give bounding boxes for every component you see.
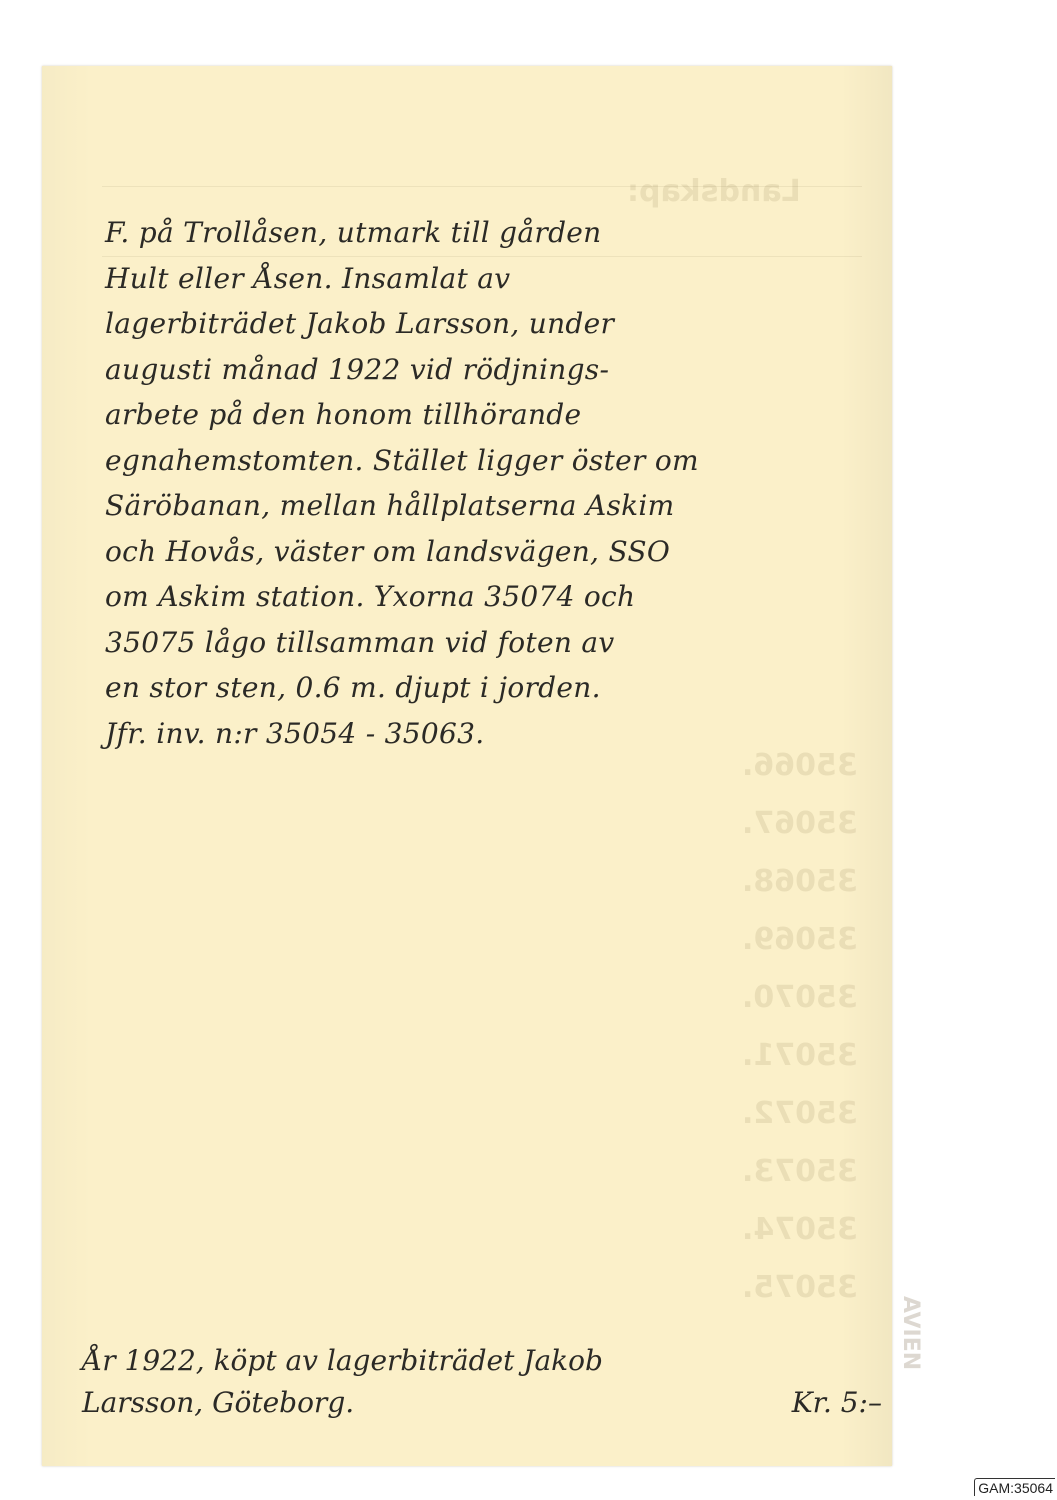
- text-line: 35075 lågo tillsamman vid foten av: [105, 620, 895, 666]
- show-through-side-text: AVIEN: [898, 1296, 923, 1370]
- text-line: arbete på den honom tillhörande: [105, 392, 895, 438]
- show-through-number: 35071.: [742, 1038, 858, 1073]
- show-through-number: 35072.: [742, 1096, 858, 1131]
- text-line: Säröbanan, mellan hållplatserna Askim: [105, 483, 895, 529]
- show-through-number: 35073.: [742, 1154, 858, 1189]
- text-line: augusti månad 1922 vid rödjnings-: [105, 347, 895, 393]
- price: Kr. 5:–: [792, 1382, 882, 1424]
- text-line: om Askim station. Yxorna 35074 och: [105, 574, 895, 620]
- text-line: Hult eller Åsen. Insamlat av: [105, 256, 895, 302]
- text-line: egnahemstomten. Stället ligger öster om: [105, 438, 895, 484]
- show-through-rule: [102, 186, 862, 187]
- inventory-id-label: GAM:35064: [974, 1478, 1055, 1496]
- text-line: och Hovås, väster om landsvägen, SSO: [105, 529, 895, 575]
- handwritten-description: F. på Trollåsen, utmark till gården Hult…: [105, 210, 895, 756]
- text-line: F. på Trollåsen, utmark till gården: [105, 210, 895, 256]
- show-through-number: 35067.: [742, 806, 858, 841]
- text-line: en stor sten, 0.6 m. djupt i jorden.: [105, 665, 895, 711]
- show-through-number: 35074.: [742, 1212, 858, 1247]
- text-line: Larsson, Göteborg.: [82, 1382, 882, 1424]
- show-through-number: 35075.: [742, 1270, 858, 1305]
- text-line: Jfr. inv. n:r 35054 - 35063.: [105, 711, 895, 757]
- show-through-number: 35069.: [742, 922, 858, 957]
- text-line: lagerbiträdet Jakob Larsson, under: [105, 301, 895, 347]
- text-line: År 1922, köpt av lagerbiträdet Jakob: [82, 1340, 882, 1382]
- show-through-number: 35070.: [742, 980, 858, 1015]
- acquisition-note: År 1922, köpt av lagerbiträdet Jakob Lar…: [82, 1340, 882, 1424]
- show-through-heading: Landskap:: [627, 174, 801, 209]
- show-through-number: 35068.: [742, 864, 858, 899]
